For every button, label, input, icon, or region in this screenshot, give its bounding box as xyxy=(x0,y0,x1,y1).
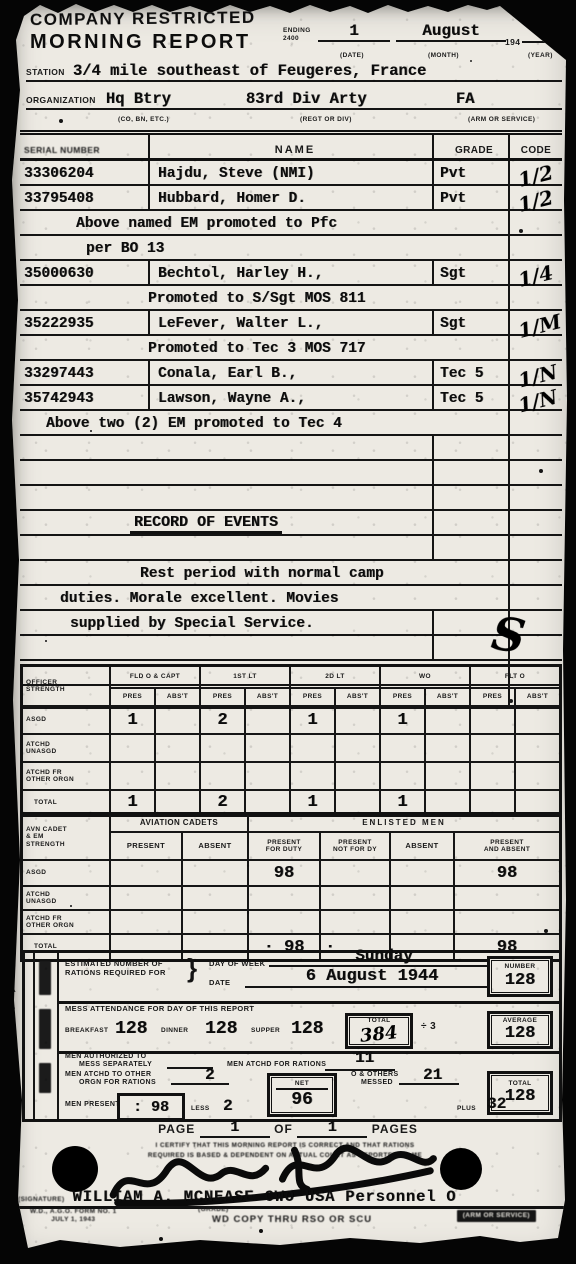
mess-attendance-row: MESS ATTENDANCE FOR DAY OF THIS REPORT B… xyxy=(59,1001,559,1054)
roster-row: 35222935 LeFever, Walter L., Sgt 1/M xyxy=(20,311,562,336)
page-line: PAGE 1 OF 1 PAGES xyxy=(0,1120,576,1140)
punch-hole xyxy=(52,1146,98,1192)
rations-side-label: R A T I O N S xyxy=(3,950,19,1125)
arm-service-sublabel: (ARM OR SERVICE) xyxy=(457,1210,536,1222)
rations-date-value: 6 August 1944 xyxy=(245,967,499,988)
form-date: JULY 1, 1943 xyxy=(30,1216,117,1224)
org-branch-value: FA xyxy=(456,90,475,108)
roster-note-row: Promoted to Tec 3 MOS 717 xyxy=(20,336,562,361)
org-unit-value: Hq Btry xyxy=(96,90,246,108)
net-box: NET 96 xyxy=(267,1073,337,1117)
em-corner-label: AVN CADET & EM STRENGTH xyxy=(23,815,109,859)
copy-routing-label: WD COPY THRU RSO OR SCU xyxy=(198,1214,372,1225)
rations-number-box: NUMBER 128 xyxy=(487,956,553,997)
paper-sheet: COMPANY RESTRICTED MORNING REPORT ENDING… xyxy=(0,0,576,1264)
rations-net-rows: MEN ATCHD TO OTHER ORGN FOR RATIONS 2 NE… xyxy=(59,1071,559,1119)
name-col-header: NAME xyxy=(275,144,315,158)
code-col-header: CODE xyxy=(521,145,552,158)
officer-corner-label: OFFICER STRENGTH xyxy=(23,667,109,705)
month-sublabel: (MONTH) xyxy=(428,52,459,60)
roster-row: 35000630 Bechtol, Harley H., Sgt 1/4 xyxy=(20,261,562,286)
unit-sublabel: (CO, BN, ETC.) xyxy=(118,116,169,124)
men-present-box: : 98 xyxy=(117,1093,185,1121)
roster-row: 35742943 Lawson, Wayne A., Tec 5 1/N xyxy=(20,386,562,411)
station-value: 3/4 mile southeast of Feugeres, France xyxy=(65,62,426,80)
events-text-row: Rest period with normal camp xyxy=(20,561,562,586)
station-label: STATION xyxy=(26,68,65,81)
punch-hole xyxy=(440,1148,482,1190)
org-parent-value: 83rd Div Arty xyxy=(246,90,456,108)
organization-row: ORGANIZATION Hq Btry 83rd Div Arty FA xyxy=(26,90,562,110)
restricted-stamp: COMPANY RESTRICTED xyxy=(30,8,256,30)
roster-table: SERIAL NUMBER NAME GRADE CODE 33306204 H… xyxy=(20,130,562,709)
form-footer-strip: W.D., A.G.O. FORM NO. 1 JULY 1, 1943 (GR… xyxy=(18,1200,566,1244)
roster-row: 33795408 Hubbard, Homer D. Pvt 1/2 xyxy=(20,186,562,211)
form-title: MORNING REPORT xyxy=(30,31,251,54)
brace-glyph: } xyxy=(187,953,197,984)
scanned-morning-report: COMPANY RESTRICTED MORNING REPORT ENDING… xyxy=(0,0,576,1264)
blank-row xyxy=(20,486,562,511)
roster-note-row: Promoted to S/Sgt MOS 811 xyxy=(20,286,562,311)
page-number: 1 xyxy=(200,1119,270,1138)
em-strength-table: AVN CADET & EM STRENGTH AVIATION CADETS … xyxy=(20,812,562,962)
blank-row xyxy=(20,536,562,561)
rations-margin-strip xyxy=(33,953,59,1119)
blank-row xyxy=(20,636,562,661)
ending-2400-label: ENDING 2400 xyxy=(283,27,323,42)
scan-noise xyxy=(0,0,2,2)
roster-note-row: Above two (2) EM promoted to Tec 4 xyxy=(20,411,562,436)
rations-block: ESTIMATED NUMBER OF RATIONS REQUIRED FOR… xyxy=(22,950,562,1122)
officer-strength-table: OFFICER STRENGTH FLD O & CAPT 1ST LT 2D … xyxy=(20,664,562,817)
branch-sublabel: (ARM OR SERVICE) xyxy=(468,116,535,124)
parent-sublabel: (REGT OR DIV) xyxy=(300,116,352,124)
date-sublabel: (DATE) xyxy=(340,52,364,60)
blank-row xyxy=(20,436,562,461)
roster-note-row: Above named EM promoted to Pfc xyxy=(20,211,562,236)
record-of-events-title: RECORD OF EVENTS xyxy=(130,514,282,534)
organization-label: ORGANIZATION xyxy=(26,96,96,109)
average-box: AVERAGE 128 xyxy=(487,1011,553,1049)
report-day-field: 1 xyxy=(318,22,390,42)
mess-total-box: TOTAL 384 xyxy=(345,1013,413,1049)
events-text-row: duties. Morale excellent. Movies xyxy=(20,586,562,611)
events-text-row: supplied by Special Service. xyxy=(20,611,562,636)
blank-row xyxy=(20,461,562,486)
serial-col-header: SERIAL NUMBER xyxy=(20,146,100,159)
year-sublabel: (YEAR) xyxy=(528,52,553,60)
station-row: STATION 3/4 mile southeast of Feugeres, … xyxy=(26,62,562,82)
year-prefix: 194 xyxy=(505,38,520,48)
report-year-field: 4 xyxy=(522,22,562,43)
record-of-events-row: RECORD OF EVENTS xyxy=(20,511,562,536)
report-month-field: August xyxy=(396,22,506,42)
roster-header-row: SERIAL NUMBER NAME GRADE CODE xyxy=(20,135,562,161)
grade-col-header: GRADE xyxy=(455,145,493,158)
roster-row: 33306204 Hajdu, Steve (NMI) Pvt 1/2 xyxy=(20,161,562,186)
form-number: W.D., A.G.O. FORM NO. 1 xyxy=(30,1208,117,1216)
divide-by-three: ÷ 3 xyxy=(421,1021,436,1032)
roster-note-row: per BO 13 xyxy=(20,236,562,261)
estimated-rations-row: ESTIMATED NUMBER OF RATIONS REQUIRED FOR… xyxy=(59,953,559,1004)
grade-sublabel: (GRADE) xyxy=(198,1206,372,1214)
day-of-week-value: Sunday xyxy=(269,947,499,967)
handwritten-total: 384 xyxy=(359,1022,399,1047)
roster-row: 33297443 Conala, Earl B., Tec 5 1/N xyxy=(20,361,562,386)
